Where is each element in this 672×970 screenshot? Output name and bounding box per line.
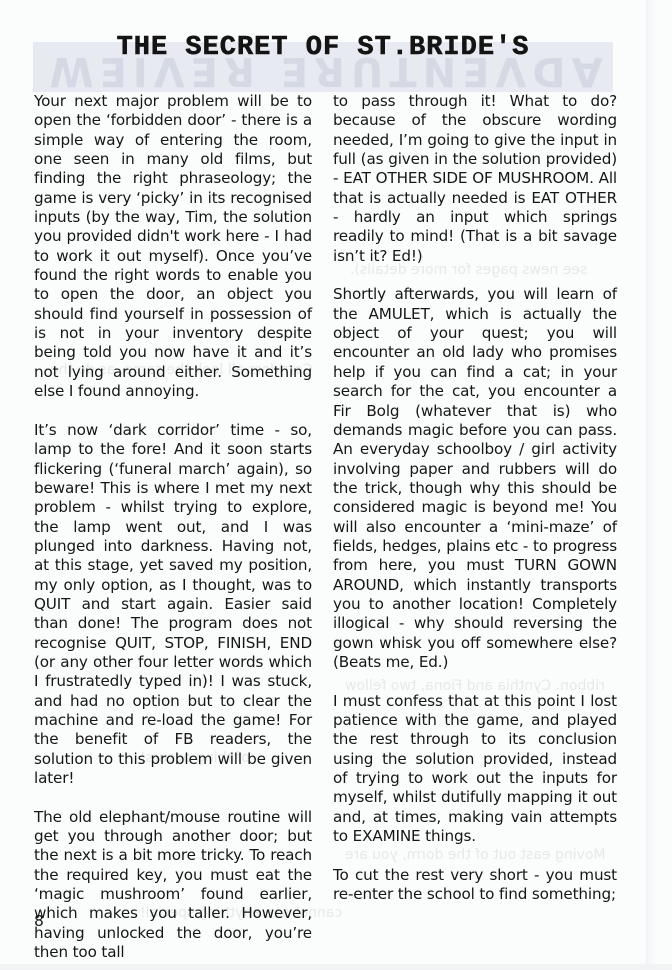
page-bottom-edge xyxy=(0,964,672,970)
paragraph: To cut the rest very short - you must re… xyxy=(333,866,617,905)
right-column: to pass through it! What to do? because … xyxy=(333,92,617,904)
left-column: Your next major problem will be to open … xyxy=(34,92,312,962)
page-number: 8 xyxy=(34,912,44,931)
page-edge-shadow xyxy=(646,0,672,970)
paragraph: I must confess that at this point I lost… xyxy=(333,692,617,847)
article-title: THE SECRET OF ST.BRIDE'S xyxy=(0,33,646,63)
paragraph: to pass through it! What to do? because … xyxy=(333,92,617,266)
paragraph: The old elephant/mouse routine will get … xyxy=(34,808,312,963)
paragraph: Shortly afterwards, you will learn of th… xyxy=(333,285,617,672)
paragraph: Your next major problem will be to open … xyxy=(34,92,312,402)
paragraph: It’s now ‘dark corridor’ time - so, lamp… xyxy=(34,421,312,789)
